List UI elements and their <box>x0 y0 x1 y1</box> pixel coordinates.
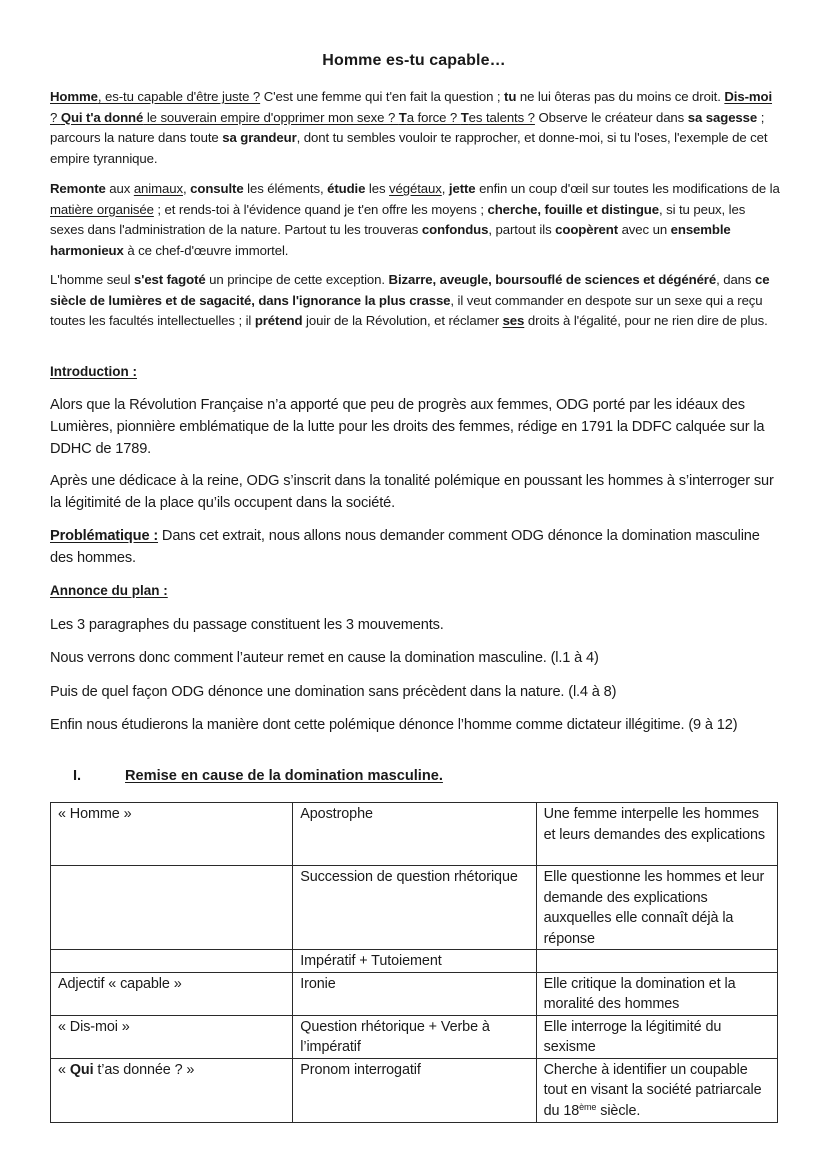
plan-line-3: Puis de quel façon ODG dénonce une domin… <box>50 681 785 703</box>
table-cell-interpretation: Elle interroge la légitimité du sexisme <box>536 1015 777 1058</box>
interpretation-prefix: Cherche à identifier un coupable tout en… <box>544 1062 762 1119</box>
table-row: « Qui t’as donnée ? » Pronom interrogati… <box>51 1058 778 1122</box>
table-cell-procede: Impératif + Tutoiement <box>293 950 536 973</box>
document-title: Homme es-tu capable… <box>0 52 828 70</box>
table-cell-citation: « Homme » <box>51 803 293 866</box>
excerpt-paragraph-2: Remonte aux animaux, consulte les élémen… <box>50 179 780 261</box>
section-number: I. <box>73 768 125 784</box>
introduction-paragraph-1: Alors que la Révolution Française n’a ap… <box>50 394 785 460</box>
plan-heading: Annonce du plan : <box>50 583 168 598</box>
introduction-paragraph-2: Après une dédicace à la reine, ODG s’ins… <box>50 470 785 514</box>
table-row: « Homme » Apostrophe Une femme interpell… <box>51 803 778 866</box>
plan-line-1: Les 3 paragraphes du passage constituent… <box>50 614 785 636</box>
table-cell-interpretation: Une femme interpelle les hommes et leurs… <box>536 803 777 866</box>
table-cell-procede: Pronom interrogatif <box>293 1058 536 1122</box>
excerpt-paragraph-1: Homme, es-tu capable d'être juste ? C'es… <box>50 87 780 169</box>
citation-prefix: « <box>58 1062 70 1078</box>
table-cell-interpretation: Cherche à identifier un coupable tout en… <box>536 1058 777 1122</box>
table-row: Impératif + Tutoiement <box>51 950 778 973</box>
table-row: Adjectif « capable » Ironie Elle critiqu… <box>51 972 778 1015</box>
table-cell-procede: Apostrophe <box>293 803 536 866</box>
section-title: Remise en cause de la domination masculi… <box>125 768 443 784</box>
citation-bold-word: Qui <box>70 1062 94 1078</box>
table-cell-citation: Adjectif « capable » <box>51 972 293 1015</box>
table-row: « Dis-moi » Question rhétorique + Verbe … <box>51 1015 778 1058</box>
table-cell-interpretation <box>536 950 777 973</box>
citation-suffix: t’as donnée ? » <box>94 1062 195 1078</box>
table-cell-citation <box>51 866 293 950</box>
problematique-label: Problématique : <box>50 528 158 544</box>
document-page: Homme es-tu capable… Homme, es-tu capabl… <box>0 0 828 1171</box>
table-cell-procede: Ironie <box>293 972 536 1015</box>
excerpt-paragraph-3: L'homme seul s'est fagoté un principe de… <box>50 270 780 332</box>
table-cell-citation <box>51 950 293 973</box>
table-cell-interpretation: Elle critique la domination et la morali… <box>536 972 777 1015</box>
table-row: Succession de question rhétorique Elle q… <box>51 866 778 950</box>
analysis-table: « Homme » Apostrophe Une femme interpell… <box>50 802 778 1123</box>
interpretation-suffix: siècle. <box>596 1103 640 1119</box>
interpretation-superscript: ème <box>579 1102 596 1112</box>
table-cell-interpretation: Elle questionne les hommes et leur deman… <box>536 866 777 950</box>
table-cell-procede: Succession de question rhétorique <box>293 866 536 950</box>
plan-line-4: Enfin nous étudierons la manière dont ce… <box>50 714 785 736</box>
plan-line-2: Nous verrons donc comment l’auteur remet… <box>50 647 785 669</box>
table-cell-citation: « Dis-moi » <box>51 1015 293 1058</box>
introduction-heading: Introduction : <box>50 364 137 379</box>
table-cell-procede: Question rhétorique + Verbe à l’impérati… <box>293 1015 536 1058</box>
section-heading: I.Remise en cause de la domination mascu… <box>73 768 443 784</box>
problematique-paragraph: Problématique : Dans cet extrait, nous a… <box>50 525 785 569</box>
table-cell-citation: « Qui t’as donnée ? » <box>51 1058 293 1122</box>
